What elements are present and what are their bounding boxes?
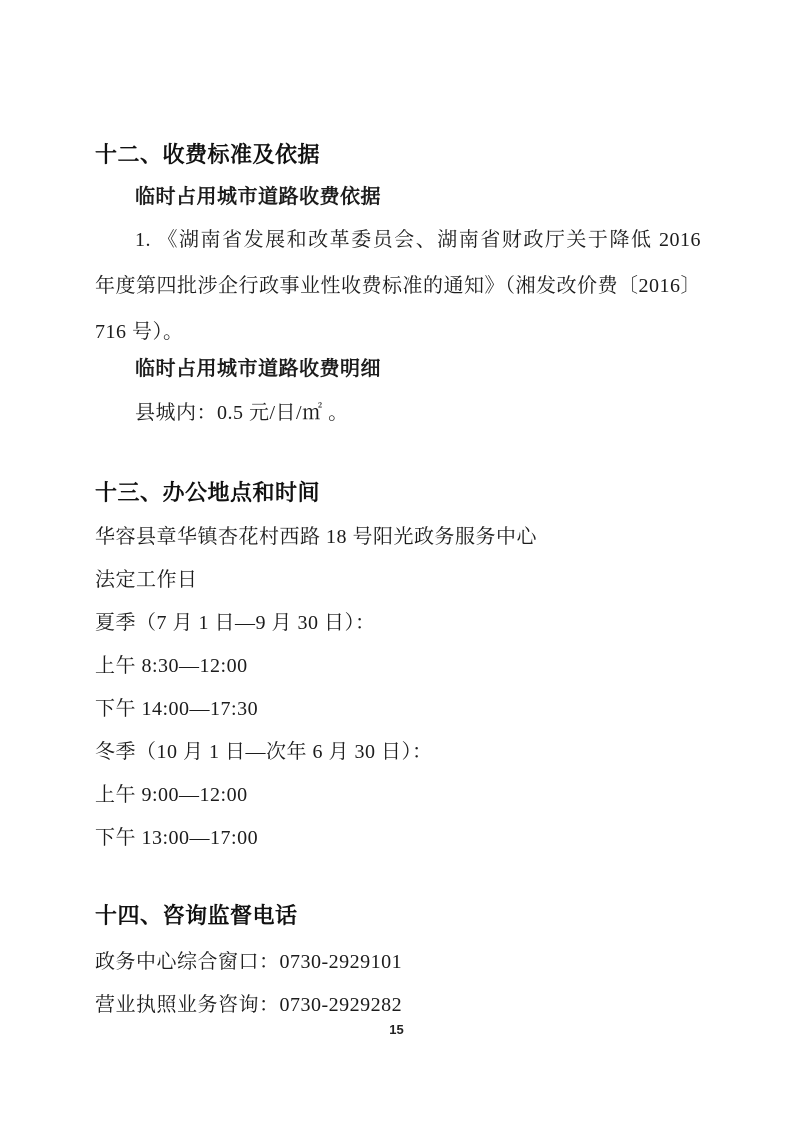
fee-basis-subheading: 临时占用城市道路收费依据	[95, 185, 701, 209]
fee-detail-line: 县城内：0.5 元/日/㎡ 。	[95, 401, 701, 425]
summer-afternoon-line: 下午 14:00—17:30	[95, 688, 701, 731]
fee-detail-subheading: 临时占用城市道路收费明细	[95, 357, 701, 381]
document-page: 十二、收费标准及依据 临时占用城市道路收费依据 1. 《湖南省发展和改革委员会、…	[0, 0, 793, 1122]
service-center-phone-line: 政务中心综合窗口：0730-2929101	[95, 941, 701, 984]
summer-morning-line: 上午 8:30—12:00	[95, 645, 701, 688]
working-days-line: 法定工作日	[95, 559, 701, 602]
section-14-heading: 十四、咨询监督电话	[95, 904, 701, 928]
winter-morning-line: 上午 9:00—12:00	[95, 774, 701, 817]
winter-period-line: 冬季（10 月 1 日—次年 6 月 30 日）：	[95, 731, 701, 774]
summer-period-line: 夏季（7 月 1 日—9 月 30 日）：	[95, 602, 701, 645]
section-12-heading: 十二、收费标准及依据	[95, 143, 701, 167]
page-number: 15	[0, 1022, 793, 1037]
section-13-heading: 十三、办公地点和时间	[95, 481, 701, 505]
office-address-line: 华容县章华镇杏花村西路 18 号阳光政务服务中心	[95, 516, 701, 559]
phone-lines: 政务中心综合窗口：0730-2929101 营业执照业务咨询：0730-2929…	[95, 941, 701, 1027]
section-supervision-phone: 十四、咨询监督电话 政务中心综合窗口：0730-2929101 营业执照业务咨询…	[95, 904, 701, 1027]
page-content: 十二、收费标准及依据 临时占用城市道路收费依据 1. 《湖南省发展和改革委员会、…	[95, 143, 701, 1027]
business-license-phone-line: 营业执照业务咨询：0730-2929282	[95, 984, 701, 1027]
winter-afternoon-line: 下午 13:00—17:00	[95, 817, 701, 860]
section-office-location-time: 十三、办公地点和时间 华容县章华镇杏花村西路 18 号阳光政务服务中心 法定工作…	[95, 481, 701, 860]
section-fee-standards: 十二、收费标准及依据 临时占用城市道路收费依据 1. 《湖南省发展和改革委员会、…	[95, 143, 701, 425]
fee-basis-paragraph: 1. 《湖南省发展和改革委员会、湖南省财政厅关于降低 2016 年度第四批涉企行…	[95, 217, 701, 355]
office-info-lines: 华容县章华镇杏花村西路 18 号阳光政务服务中心 法定工作日 夏季（7 月 1 …	[95, 516, 701, 860]
